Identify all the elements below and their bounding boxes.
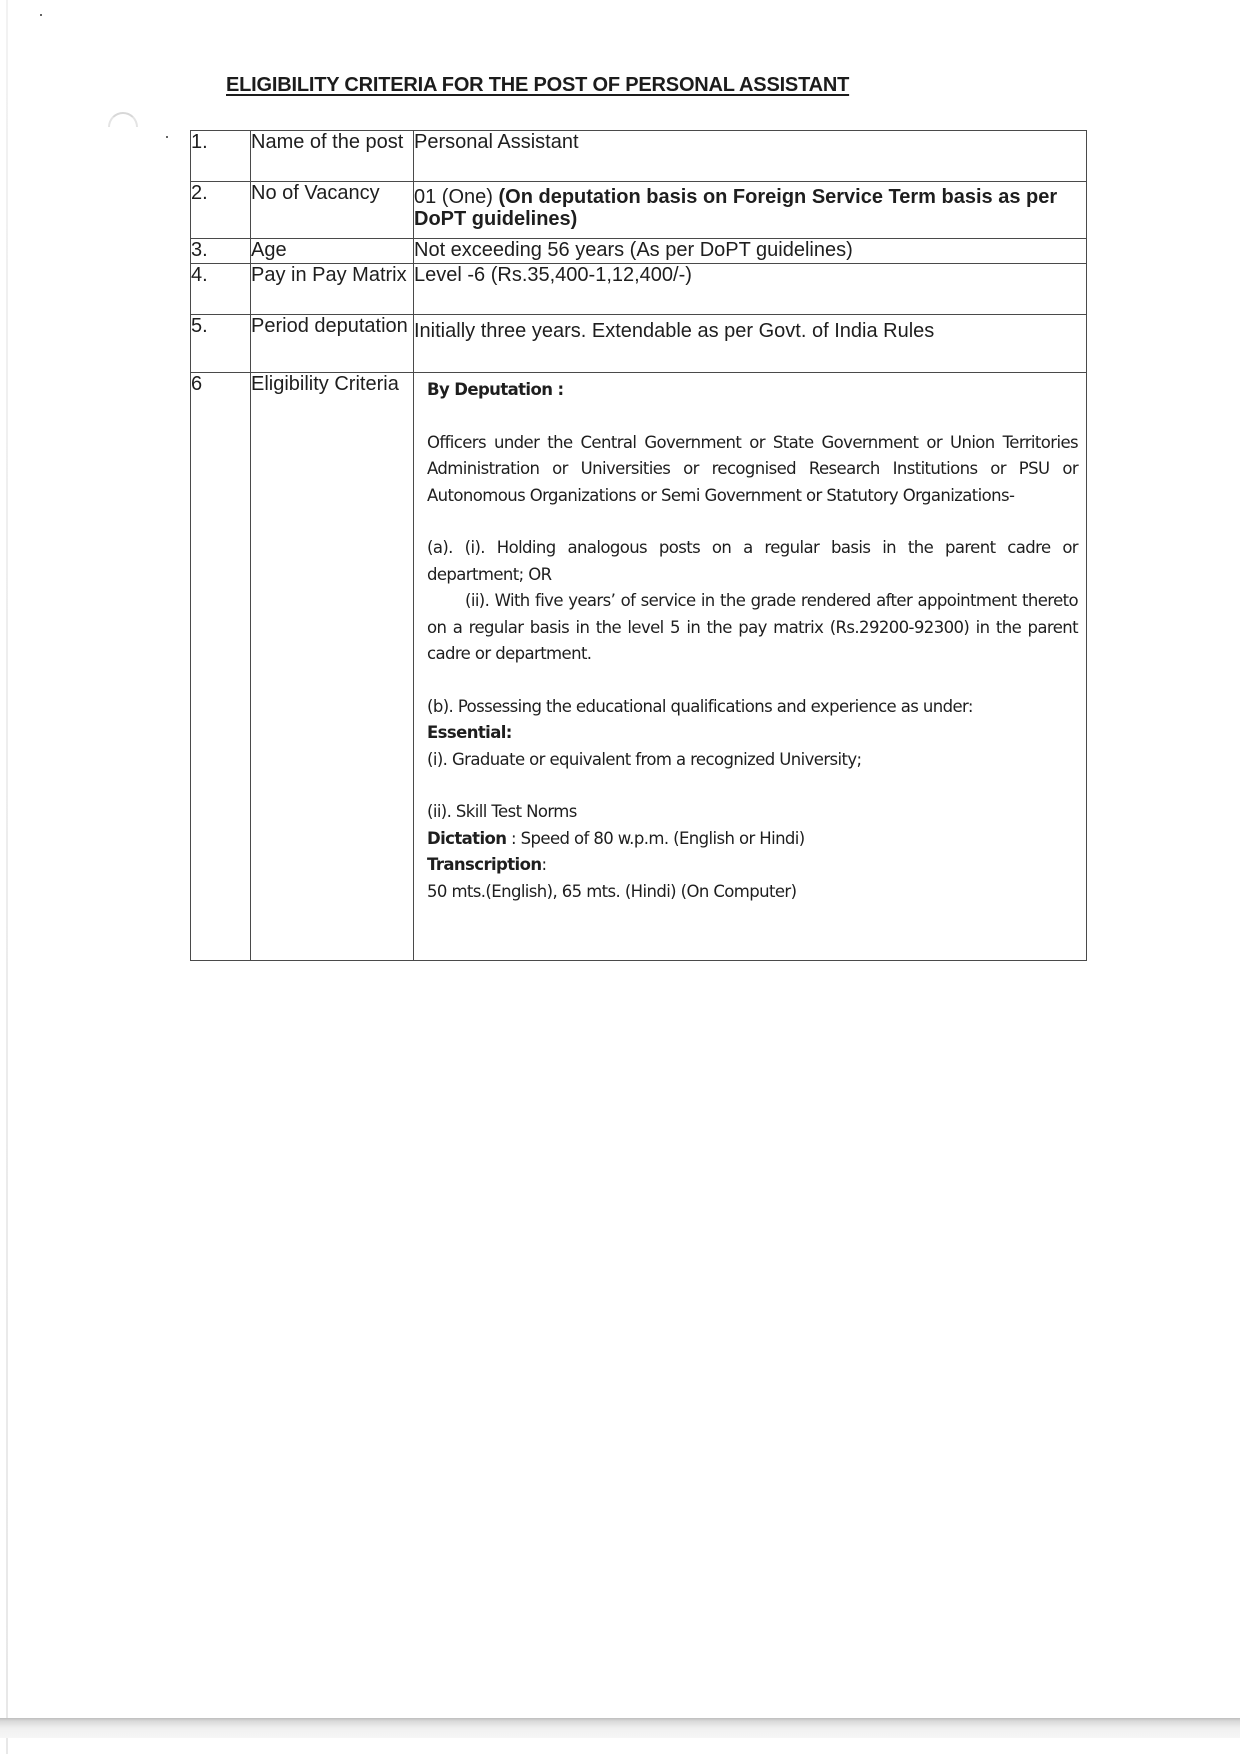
row-number: 5.	[191, 315, 251, 373]
row-value: Not exceeding 56 years (As per DoPT guid…	[414, 239, 1087, 264]
eligibility-details: By Deputation : Officers under the Centr…	[414, 373, 1087, 961]
essential-label: Essential:	[427, 720, 1078, 747]
dictation-value: : Speed of 80 w.p.m. (English or Hindi)	[506, 829, 804, 848]
scan-edge	[6, 0, 8, 1754]
clause-a-i: (a). (i). Holding analogous posts on a r…	[427, 535, 1078, 588]
clause-b: (b). Possessing the educational qualific…	[427, 694, 1078, 721]
table-row: 2. No of Vacancy 01 (One) (On deputation…	[191, 182, 1087, 239]
row-label: Age	[251, 239, 414, 264]
table-row: 5. Period deputation Initially three yea…	[191, 315, 1087, 373]
row-number: 1.	[191, 131, 251, 182]
scan-speck	[40, 14, 42, 16]
eligibility-intro: Officers under the Central Government or…	[427, 430, 1078, 510]
table-row: 6 Eligibility Criteria By Deputation : O…	[191, 373, 1087, 961]
row-value: Personal Assistant	[414, 131, 1087, 182]
row-label: No of Vacancy	[251, 182, 414, 239]
document-title: ELIGIBILITY CRITERIA FOR THE POST OF PER…	[226, 74, 946, 97]
essential-item-1: (i). Graduate or equivalent from a recog…	[427, 747, 1078, 774]
transcription-label: Transcription	[427, 855, 542, 874]
row-number: 6	[191, 373, 251, 961]
scan-bottom-edge	[0, 1718, 1240, 1738]
row-label: Pay in Pay Matrix	[251, 264, 414, 315]
row-number: 3.	[191, 239, 251, 264]
dictation-line: Dictation : Speed of 80 w.p.m. (English …	[427, 826, 1078, 853]
table-row: 3. Age Not exceeding 56 years (As per Do…	[191, 239, 1087, 264]
scan-speck	[166, 136, 168, 138]
vacancy-terms: (On deputation basis on Foreign Service …	[414, 186, 1057, 230]
transcription-line: Transcription:	[427, 852, 1078, 879]
essential-item-2: (ii). Skill Test Norms	[427, 799, 1078, 826]
row-label: Eligibility Criteria	[251, 373, 414, 961]
eligibility-heading: By Deputation :	[427, 377, 1078, 404]
table-row: 1. Name of the post Personal Assistant	[191, 131, 1087, 182]
dictation-label: Dictation	[427, 829, 506, 848]
table-row: 4. Pay in Pay Matrix Level -6 (Rs.35,400…	[191, 264, 1087, 315]
row-value: Initially three years. Extendable as per…	[414, 315, 1087, 373]
document-page: ELIGIBILITY CRITERIA FOR THE POST OF PER…	[0, 0, 1240, 1754]
clause-a-ii: (ii). With five years’ of service in the…	[427, 588, 1078, 668]
punch-hole-mark	[108, 112, 138, 142]
row-label: Period deputation	[251, 315, 414, 373]
row-number: 2.	[191, 182, 251, 239]
row-label: Name of the post	[251, 131, 414, 182]
vacancy-count: 01 (One)	[414, 186, 498, 208]
eligibility-table: 1. Name of the post Personal Assistant 2…	[190, 130, 1087, 961]
transcription-value: 50 mts.(English), 65 mts. (Hindi) (On Co…	[427, 879, 1078, 906]
transcription-colon: :	[542, 855, 547, 874]
row-number: 4.	[191, 264, 251, 315]
row-value: Level -6 (Rs.35,400-1,12,400/-)	[414, 264, 1087, 315]
row-value: 01 (One) (On deputation basis on Foreign…	[414, 182, 1087, 239]
